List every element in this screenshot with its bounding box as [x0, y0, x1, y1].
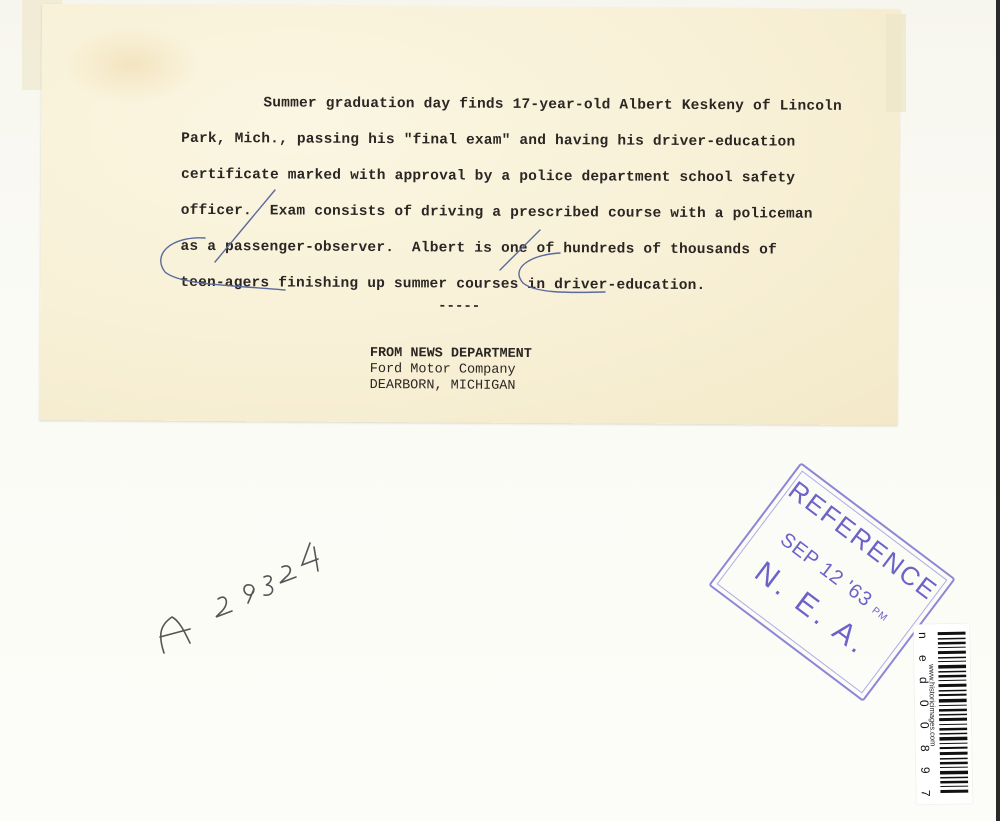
credit-block: FROM NEWS DEPARTMENT Ford Motor Company … — [370, 346, 532, 395]
caption-line: officer. Exam consists of driving a pres… — [181, 193, 821, 233]
credit-department: FROM NEWS DEPARTMENT — [370, 346, 532, 363]
barcode-url: www.historicimages.com — [926, 664, 938, 784]
handwritten-id: A 29324 — [150, 525, 330, 675]
caption-paper: Summer graduation day finds 17-year-old … — [39, 4, 900, 425]
caption-line: as a passenger-observer. Albert is one o… — [180, 229, 820, 269]
scan-edge — [996, 0, 1000, 821]
caption-text: Summer graduation day finds 17-year-old … — [180, 85, 821, 305]
barcode-label: n e d 0 0 8 9 7 www.historicimages.com — [913, 624, 972, 805]
tape-strip-right — [886, 14, 906, 112]
credit-company: Ford Motor Company — [370, 362, 532, 379]
caption-line: Park, Mich., passing his "final exam" an… — [181, 121, 821, 161]
credit-location: DEARBORN, MICHIGAN — [370, 378, 532, 395]
separator-dashes: ----- — [438, 298, 480, 314]
caption-line: Summer graduation day finds 17-year-old … — [181, 85, 821, 125]
barcode-char: 7 — [918, 790, 932, 797]
caption-line: teen-agers finishing up summer courses i… — [180, 265, 820, 305]
caption-line: certificate marked with approval by a po… — [181, 157, 821, 197]
barcode-char: n — [916, 632, 930, 639]
barcode-char: e — [916, 654, 930, 661]
barcode-icon — [938, 630, 969, 798]
